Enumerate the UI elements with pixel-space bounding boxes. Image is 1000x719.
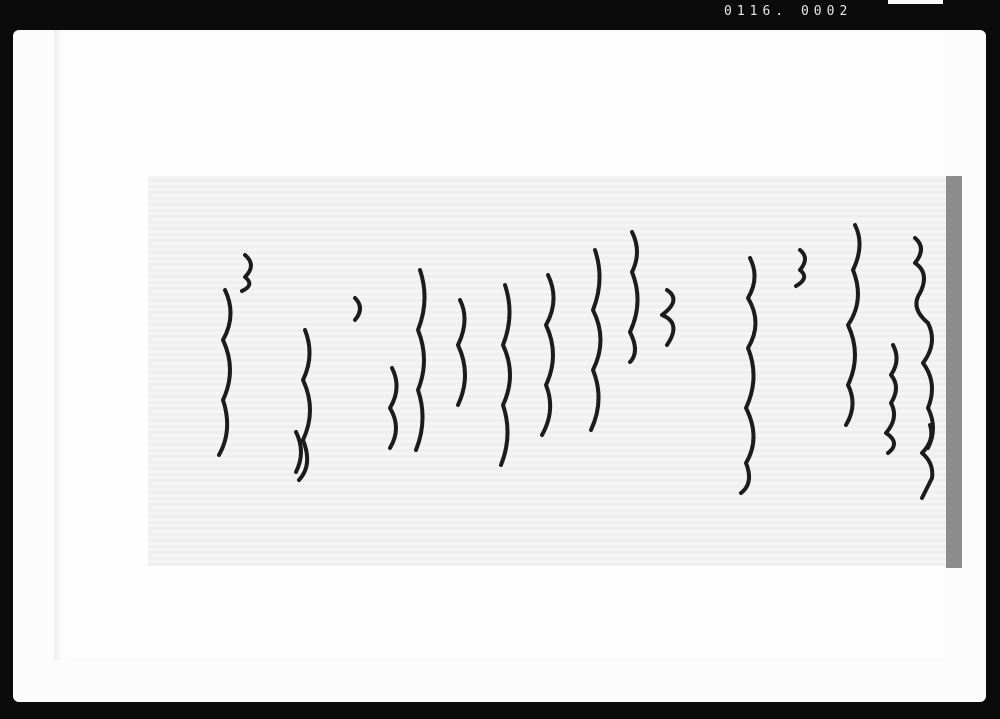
handwriting — [0, 0, 1000, 719]
